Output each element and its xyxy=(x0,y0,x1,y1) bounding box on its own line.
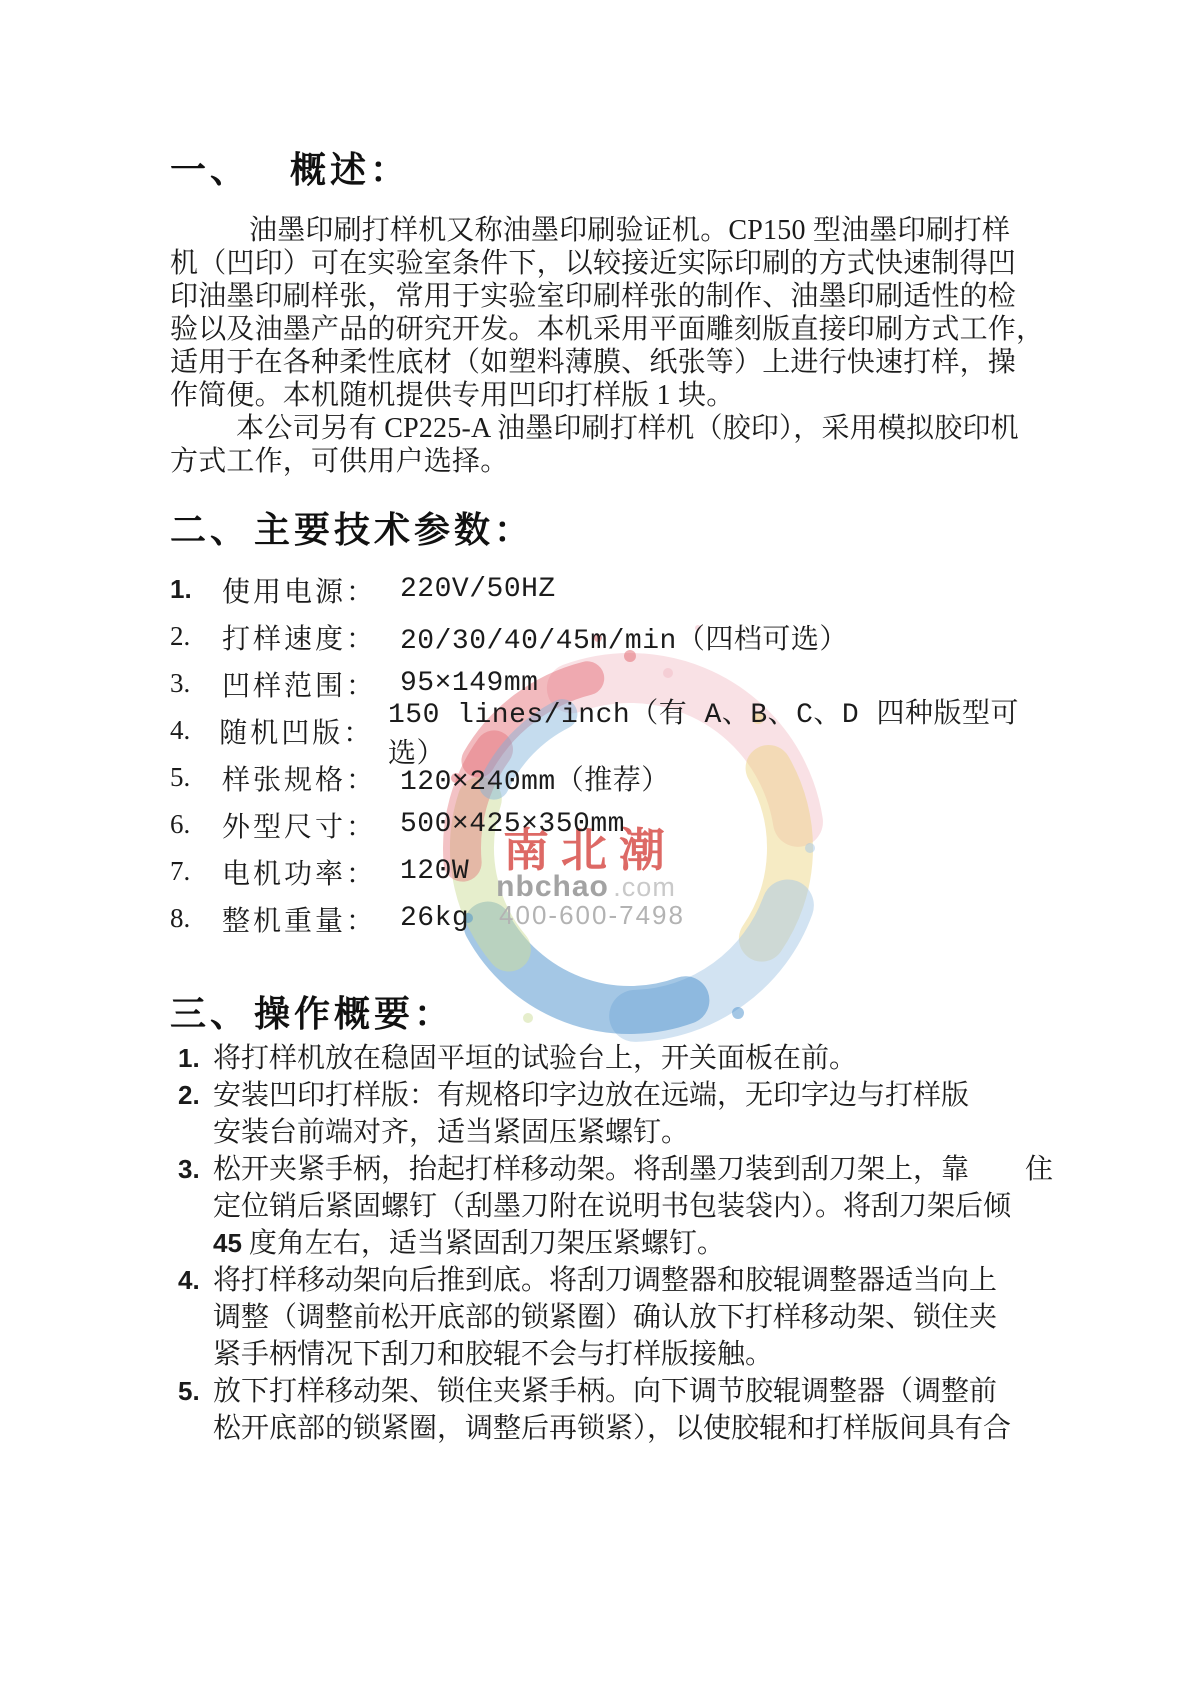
section-1-heading: 一、概述： xyxy=(170,148,1040,192)
operation-step: 4. 将打样移动架向后推到底。将刮刀调整器和胶辊调整器适当向上 调整（调整前松开… xyxy=(170,1262,1040,1373)
text-run: 松开夹紧手柄，抬起打样移动架。将刮墨刀装到刮刀架上，靠 住 xyxy=(213,1154,1053,1185)
spec-label: 整机重量： xyxy=(222,899,400,939)
section-3-heading: 三、操作概要： xyxy=(170,992,1040,1036)
spec-label: 随机凹版： xyxy=(219,711,388,751)
text-line: 油墨印刷打样机又称油墨印刷验证机。CP150 型油墨印刷打样 xyxy=(170,214,1040,247)
section-2-number: 二、 xyxy=(170,509,250,550)
text-line: 将打样移动架向后推到底。将刮刀调整器和胶辊调整器适当向上 xyxy=(213,1262,1040,1299)
spec-number: 2. xyxy=(170,621,222,652)
spec-value: 120×240mm（推荐） xyxy=(400,758,670,798)
spec-row: 1. 使用电源： 220V/50HZ xyxy=(170,566,1040,613)
text-line: 适用于在各种柔性底材（如塑料薄膜、纸张等）上进行快速打样，操 xyxy=(170,346,1040,379)
text-line: 定位销后紧固螺钉（刮墨刀附在说明书包装袋内）。将刮刀架后倾 xyxy=(213,1188,1040,1225)
text-line: 调整（调整前松开底部的锁紧圈）确认放下打样移动架、锁住夹 xyxy=(213,1299,1040,1336)
spec-label: 外型尺寸： xyxy=(222,805,400,845)
text-run: 度角左右，适当紧固刮刀架压紧螺钉。 xyxy=(242,1228,725,1259)
spec-number: 7. xyxy=(170,856,222,887)
spec-value: 220V/50HZ xyxy=(400,574,556,605)
spec-value: 26kg xyxy=(400,903,469,934)
spec-list: 1. 使用电源： 220V/50HZ 2. 打样速度： 20/30/40/45m… xyxy=(170,566,1040,942)
section-3-number: 三、 xyxy=(170,993,250,1034)
step-number: 4. xyxy=(178,1262,200,1299)
text-run: 定位销后紧固螺钉（刮墨刀附在说明书包装袋内）。将刮刀架后倾 xyxy=(213,1191,1011,1222)
text-run: 调整（调整前松开底部的锁紧圈）确认放下打样移动架、锁住夹 xyxy=(213,1302,997,1333)
spec-number: 6. xyxy=(170,809,222,840)
text-run: 安装台前端对齐，适当紧固压紧螺钉。 xyxy=(213,1117,689,1148)
spec-value: 20/30/40/45m/min（四档可选） xyxy=(400,617,848,657)
text-line: 安装凹印打样版：有规格印字边放在远端，无印字边与打样版 xyxy=(213,1077,1040,1114)
spec-number: 5. xyxy=(170,762,222,793)
text-run: 松开底部的锁紧圈，调整后再锁紧），以使胶辊和打样版间具有合 xyxy=(213,1413,1011,1444)
operation-step: 3. 松开夹紧手柄，抬起打样移动架。将刮墨刀装到刮刀架上，靠 住 定位销后紧固螺… xyxy=(170,1151,1040,1262)
spec-row: 8. 整机重量： 26kg xyxy=(170,895,1040,942)
spec-number: 4. xyxy=(170,715,219,746)
document-content: 一、概述： 油墨印刷打样机又称油墨印刷验证机。CP150 型油墨印刷打样 机（凹… xyxy=(0,0,1200,1447)
section-2-title: 主要技术参数： xyxy=(254,509,534,550)
section-2-heading: 二、主要技术参数： xyxy=(170,508,1040,552)
text-line: 安装台前端对齐，适当紧固压紧螺钉。 xyxy=(213,1114,1040,1151)
spec-number: 8. xyxy=(170,903,222,934)
section-3-title: 操作概要： xyxy=(254,993,454,1034)
bold-run: 45 xyxy=(213,1228,242,1258)
text-line: 本公司另有 CP225-A 油墨印刷打样机（胶印），采用模拟胶印机 xyxy=(170,412,1040,445)
text-line: 方式工作，可供用户选择。 xyxy=(170,445,1040,478)
text-run: 放下打样移动架、锁住夹紧手柄。向下调节胶辊调整器（调整前 xyxy=(213,1376,997,1407)
spec-label: 凹样范围： xyxy=(222,664,400,704)
text-line: 作简便。本机随机提供专用凹印打样版 1 块。 xyxy=(170,379,1040,412)
operation-steps: 1. 将打样机放在稳固平垣的试验台上，开关面板在前。 2. 安装凹印打样版：有规… xyxy=(170,1040,1040,1447)
text-line: 紧手柄情况下刮刀和胶辊不会与打样版接触。 xyxy=(213,1336,1040,1373)
text-line: 将打样机放在稳固平垣的试验台上，开关面板在前。 xyxy=(213,1040,1040,1077)
text-line: 放下打样移动架、锁住夹紧手柄。向下调节胶辊调整器（调整前 xyxy=(213,1373,1040,1410)
section-1-number: 一、 xyxy=(170,149,250,190)
spec-row: 6. 外型尺寸： 500×425×350mm xyxy=(170,801,1040,848)
text-run: 将打样移动架向后推到底。将刮刀调整器和胶辊调整器适当向上 xyxy=(213,1265,997,1296)
text-run: 安装凹印打样版：有规格印字边放在远端，无印字边与打样版 xyxy=(213,1080,969,1111)
spec-value: 120W xyxy=(400,856,469,887)
spec-value: 500×425×350mm xyxy=(400,809,625,840)
text-line: 机（凹印）可在实验室条件下，以较接近实际印刷的方式快速制得凹 xyxy=(170,247,1040,280)
text-line: 验以及油墨产品的研究开发。本机采用平面雕刻版直接印刷方式工作， xyxy=(170,313,1040,346)
spec-label: 电机功率： xyxy=(222,852,400,892)
spec-number: 3. xyxy=(170,668,222,699)
text-run: 紧手柄情况下刮刀和胶辊不会与打样版接触。 xyxy=(213,1339,773,1370)
text-line: 印油墨印刷样张，常用于实验室印刷样张的制作、油墨印刷适性的检 xyxy=(170,280,1040,313)
text-line: 松开夹紧手柄，抬起打样移动架。将刮墨刀装到刮刀架上，靠 住 xyxy=(213,1151,1040,1188)
text-run: 将打样机放在稳固平垣的试验台上，开关面板在前。 xyxy=(213,1043,857,1074)
operation-step: 2. 安装凹印打样版：有规格印字边放在远端，无印字边与打样版 安装台前端对齐，适… xyxy=(170,1077,1040,1151)
step-number: 5. xyxy=(178,1373,200,1410)
spec-label: 打样速度： xyxy=(222,617,400,657)
step-number: 3. xyxy=(178,1151,200,1188)
spec-row: 4. 随机凹版： 150 lines/inch（有 A、B、C、D 四种版型可选… xyxy=(170,707,1040,754)
overview-paragraphs: 油墨印刷打样机又称油墨印刷验证机。CP150 型油墨印刷打样 机（凹印）可在实验… xyxy=(170,214,1040,478)
operation-step: 5. 放下打样移动架、锁住夹紧手柄。向下调节胶辊调整器（调整前 松开底部的锁紧圈… xyxy=(170,1373,1040,1447)
section-1-title: 概述： xyxy=(290,149,410,190)
spec-label: 样张规格： xyxy=(222,758,400,798)
step-number: 2. xyxy=(178,1077,200,1114)
spec-row: 7. 电机功率： 120W xyxy=(170,848,1040,895)
step-number: 1. xyxy=(178,1040,200,1077)
document-page: 南北潮 nbchao .com 400-600-7498 一、概述： 油墨印刷打… xyxy=(0,0,1200,1698)
text-line: 松开底部的锁紧圈，调整后再锁紧），以使胶辊和打样版间具有合 xyxy=(213,1410,1040,1447)
operation-step: 1. 将打样机放在稳固平垣的试验台上，开关面板在前。 xyxy=(170,1040,1040,1077)
text-line: 45 度角左右，适当紧固刮刀架压紧螺钉。 xyxy=(213,1225,1040,1262)
spec-row: 2. 打样速度： 20/30/40/45m/min（四档可选） xyxy=(170,613,1040,660)
spec-label: 使用电源： xyxy=(222,570,400,610)
spec-number: 1. xyxy=(170,574,222,605)
